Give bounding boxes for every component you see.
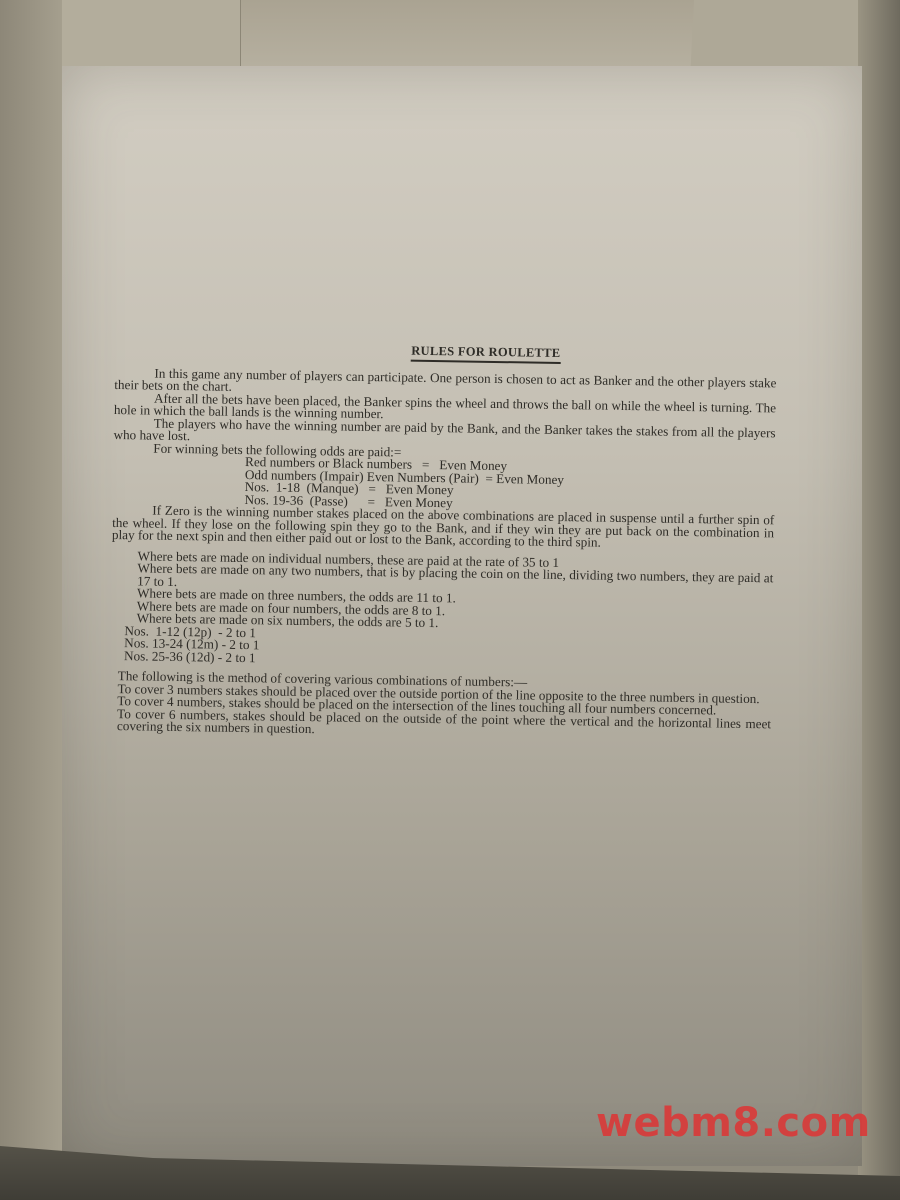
rules-content: RULES FOR ROULETTE In this game any numb… bbox=[109, 340, 777, 743]
covering-methods: The following is the method of covering … bbox=[117, 670, 772, 743]
box-wall-left bbox=[0, 0, 62, 1200]
title-text: RULES FOR ROULETTE bbox=[411, 344, 560, 364]
box-wall-right bbox=[858, 0, 900, 1200]
box-flap-left bbox=[35, 0, 241, 68]
number-bets-list: Where bets are made on individual number… bbox=[137, 550, 774, 635]
watermark: webm8.com bbox=[596, 1100, 871, 1146]
